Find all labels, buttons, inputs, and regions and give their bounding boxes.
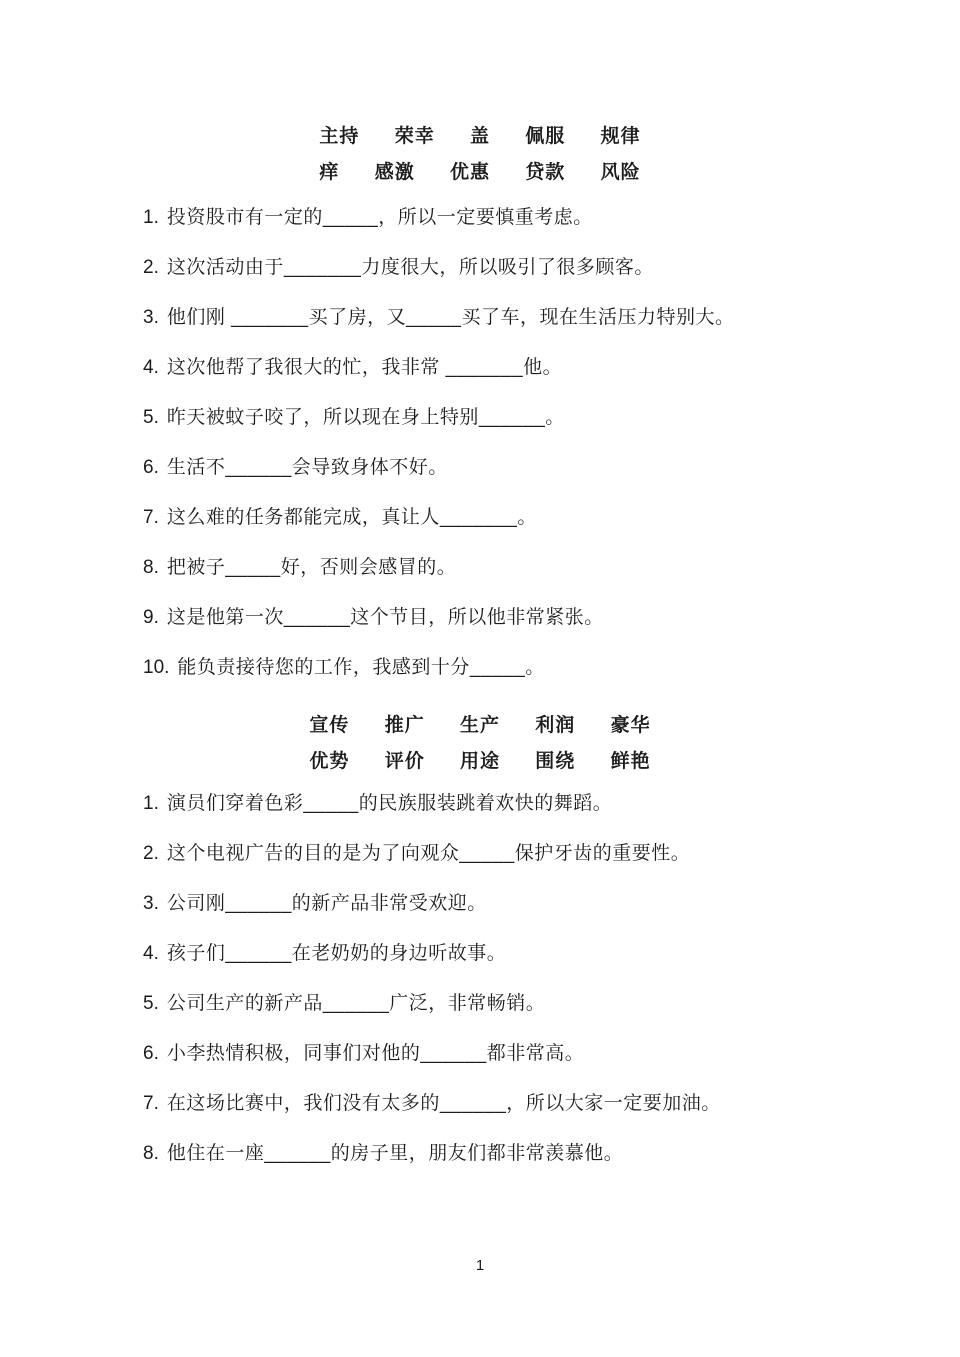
bank-word: 用途 (460, 744, 500, 780)
word-bank-1: 主持 荣幸 盖 佩服 规律 痒 感激 优惠 贷款 风险 (0, 0, 960, 191)
item-number: 7. (143, 508, 159, 528)
item-text: 公司生产的新产品______广泛，非常畅销。 (167, 993, 545, 1014)
item-number: 1. (143, 208, 159, 228)
item-text: 把被子_____好，否则会感冒的。 (167, 557, 456, 578)
word-bank-1-row-2: 痒 感激 优惠 贷款 风险 (0, 155, 960, 191)
exercise-2-items: 1.演员们穿着色彩_____的民族服装跳着欢快的舞蹈。 2.这个电视广告的目的是… (0, 794, 960, 1164)
exercise-item: 4.孩子们______在老奶奶的身边听故事。 (143, 944, 920, 964)
bank-word: 利润 (535, 708, 575, 744)
item-number: 3. (143, 308, 159, 328)
item-text: 公司刚______的新产品非常受欢迎。 (167, 893, 487, 914)
item-text: 小李热情积极，同事们对他的______都非常高。 (167, 1043, 584, 1064)
exercise-item: 2.这个电视广告的目的是为了向观众_____保护牙齿的重要性。 (143, 844, 920, 864)
exercise-item: 6.小李热情积极，同事们对他的______都非常高。 (143, 1044, 920, 1064)
bank-word: 评价 (385, 744, 425, 780)
item-number: 6. (143, 1044, 159, 1064)
item-text: 投资股市有一定的_____，所以一定要慎重考虑。 (167, 207, 593, 228)
exercise-item: 5.公司生产的新产品______广泛，非常畅销。 (143, 994, 920, 1014)
item-number: 2. (143, 844, 159, 864)
bank-word: 贷款 (525, 155, 565, 191)
word-bank-2-row-2: 优势 评价 用途 围绕 鲜艳 (0, 744, 960, 780)
item-text: 孩子们______在老奶奶的身边听故事。 (167, 943, 506, 964)
item-text: 能负责接待您的工作，我感到十分_____。 (177, 657, 544, 678)
exercise-item: 2.这次活动由于_______力度很大，所以吸引了很多顾客。 (143, 258, 920, 278)
bank-word: 盖 (470, 119, 490, 155)
item-text: 这次活动由于_______力度很大，所以吸引了很多顾客。 (167, 257, 654, 278)
item-text: 这次他帮了我很大的忙，我非常 _______他。 (167, 357, 562, 378)
item-text: 这是他第一次______这个节目，所以他非常紧张。 (167, 607, 604, 628)
word-bank-2-row-1: 宣传 推广 生产 利润 豪华 (0, 708, 960, 744)
word-bank-1-row-1: 主持 荣幸 盖 佩服 规律 (0, 119, 960, 155)
exercise-item: 10.能负责接待您的工作，我感到十分_____。 (143, 658, 920, 678)
bank-word: 痒 (319, 155, 339, 191)
item-text: 这么难的任务都能完成，真让人_______。 (167, 507, 537, 528)
item-number: 8. (143, 1144, 159, 1164)
exercise-item: 7.在这场比赛中，我们没有太多的______，所以大家一定要加油。 (143, 1094, 920, 1114)
exercise-item: 8.把被子_____好，否则会感冒的。 (143, 558, 920, 578)
exercise-item: 3.他们刚 _______买了房，又_____买了车，现在生活压力特别大。 (143, 308, 920, 328)
item-number: 5. (143, 408, 159, 428)
exercise-item: 3.公司刚______的新产品非常受欢迎。 (143, 894, 920, 914)
bank-word: 推广 (385, 708, 425, 744)
bank-word: 围绕 (535, 744, 575, 780)
bank-word: 优惠 (450, 155, 490, 191)
exercise-item: 1.演员们穿着色彩_____的民族服装跳着欢快的舞蹈。 (143, 794, 920, 814)
item-number: 9. (143, 608, 159, 628)
bank-word: 感激 (375, 155, 415, 191)
item-number: 4. (143, 358, 159, 378)
page-number: 1 (0, 1257, 960, 1275)
item-text: 这个电视广告的目的是为了向观众_____保护牙齿的重要性。 (167, 843, 690, 864)
item-number: 7. (143, 1094, 159, 1114)
exercise-item: 4.这次他帮了我很大的忙，我非常 _______他。 (143, 358, 920, 378)
exercise-item: 9.这是他第一次______这个节目，所以他非常紧张。 (143, 608, 920, 628)
bank-word: 佩服 (525, 119, 565, 155)
bank-word: 风险 (601, 155, 641, 191)
item-number: 1. (143, 794, 159, 814)
item-number: 2. (143, 258, 159, 278)
worksheet-page: 主持 荣幸 盖 佩服 规律 痒 感激 优惠 贷款 风险 1.投资股市有一定的__… (0, 0, 960, 1357)
bank-word: 宣传 (309, 708, 349, 744)
word-bank-2: 宣传 推广 生产 利润 豪华 优势 评价 用途 围绕 鲜艳 (0, 708, 960, 780)
bank-word: 豪华 (611, 708, 651, 744)
exercise-item: 7.这么难的任务都能完成，真让人_______。 (143, 508, 920, 528)
bank-word: 主持 (319, 119, 359, 155)
item-number: 6. (143, 458, 159, 478)
bank-word: 规律 (601, 119, 641, 155)
item-text: 他们刚 _______买了房，又_____买了车，现在生活压力特别大。 (167, 307, 735, 328)
item-number: 4. (143, 944, 159, 964)
item-text: 昨天被蚊子咬了，所以现在身上特别______。 (167, 407, 565, 428)
exercise-item: 1.投资股市有一定的_____，所以一定要慎重考虑。 (143, 208, 920, 228)
item-number: 8. (143, 558, 159, 578)
exercise-item: 6.生活不______会导致身体不好。 (143, 458, 920, 478)
item-text: 他住在一座______的房子里，朋友们都非常羡慕他。 (167, 1143, 623, 1164)
exercise-item: 8.他住在一座______的房子里，朋友们都非常羡慕他。 (143, 1144, 920, 1164)
bank-word: 优势 (309, 744, 349, 780)
exercise-1-items: 1.投资股市有一定的_____，所以一定要慎重考虑。 2.这次活动由于_____… (0, 208, 960, 678)
item-text: 演员们穿着色彩_____的民族服装跳着欢快的舞蹈。 (167, 793, 612, 814)
bank-word: 荣幸 (395, 119, 435, 155)
bank-word: 生产 (460, 708, 500, 744)
bank-word: 鲜艳 (611, 744, 651, 780)
exercise-item: 5.昨天被蚊子咬了，所以现在身上特别______。 (143, 408, 920, 428)
item-text: 在这场比赛中，我们没有太多的______，所以大家一定要加油。 (167, 1093, 721, 1114)
item-number: 5. (143, 994, 159, 1014)
item-number: 3. (143, 894, 159, 914)
item-number: 10. (143, 658, 169, 678)
item-text: 生活不______会导致身体不好。 (167, 457, 448, 478)
